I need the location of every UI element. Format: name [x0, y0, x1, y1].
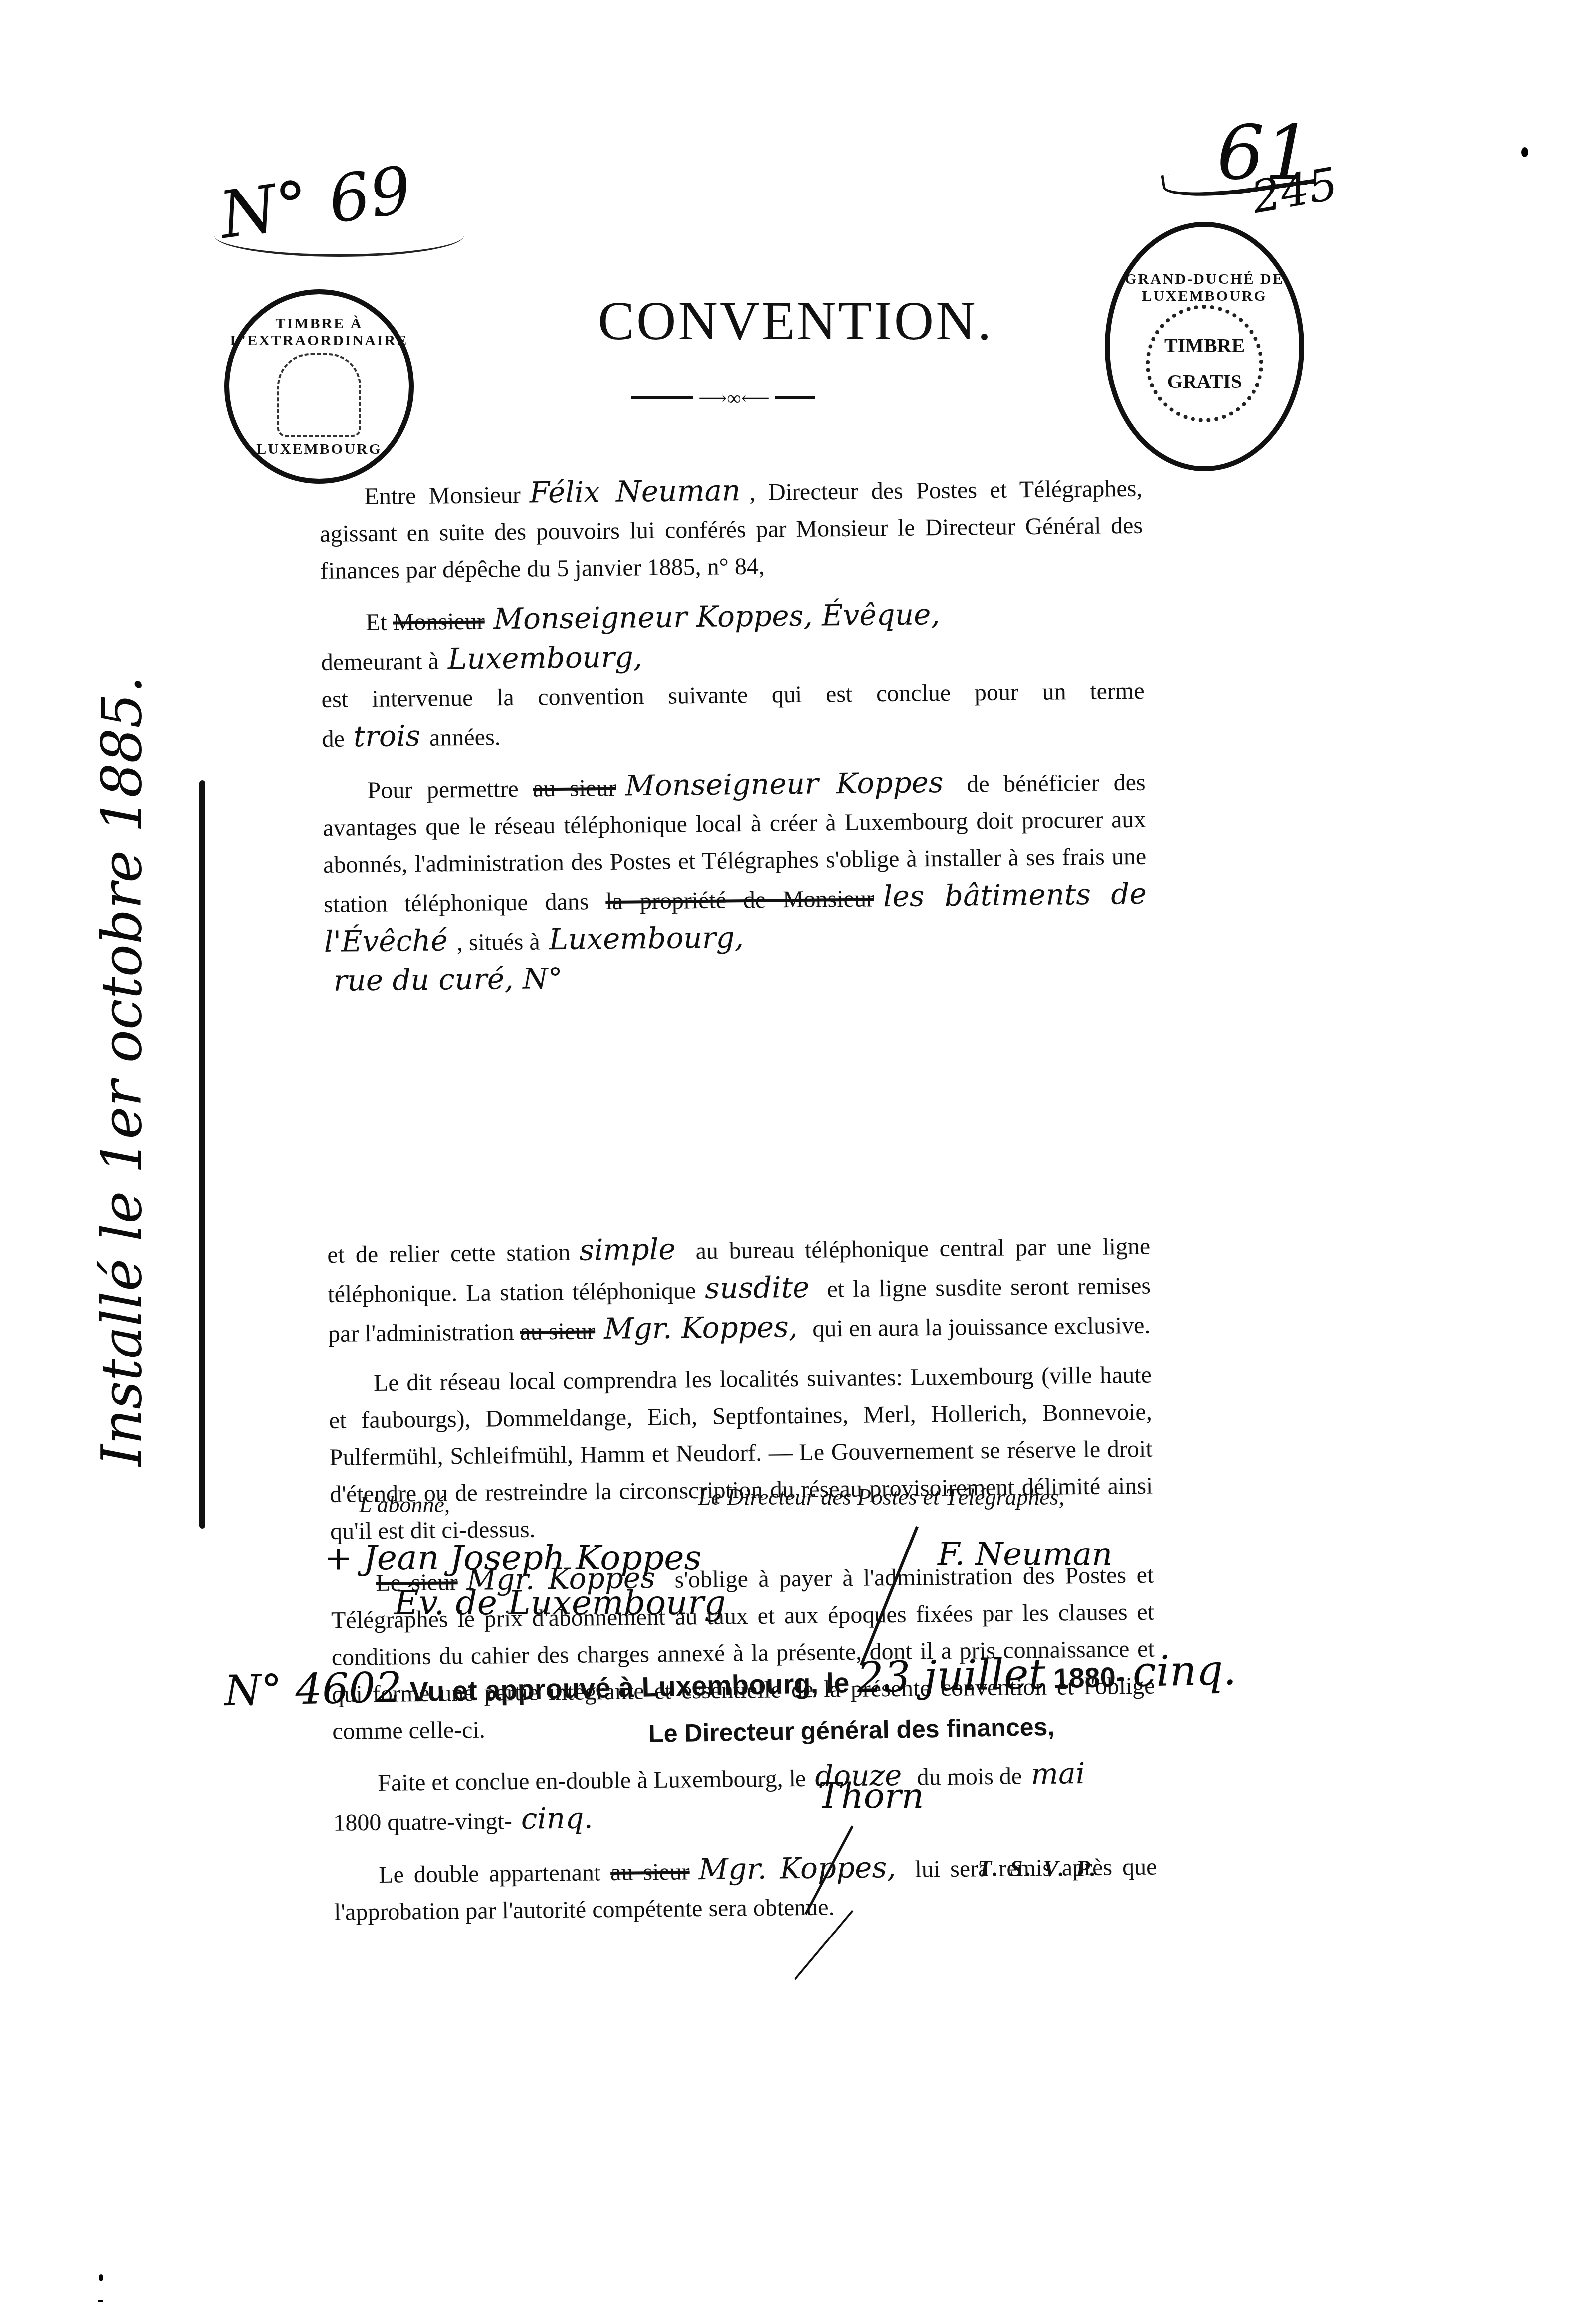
page-title: CONVENTION. — [0, 289, 1591, 353]
subscriber-signature: + Jean Joseph Koppes Év. de Luxembourg — [324, 1536, 726, 1626]
filled-station-ref: susdite — [696, 1270, 819, 1306]
filled-residence: Luxembourg, — [438, 640, 651, 676]
paragraph-connection: et de relier cette stationsimple au bure… — [327, 1226, 1151, 1353]
struck-text: au sieur — [610, 1858, 690, 1886]
approval-year: cinq. — [1132, 1645, 1237, 1696]
struck-text: la propriété de Monsieur — [605, 885, 874, 915]
stamp-inner-line2: GRATIS — [1167, 371, 1242, 392]
margin-note-installation: Installé le 1er octobre 1885. — [90, 676, 154, 1466]
filled-year: cinq. — [512, 1801, 602, 1836]
director-signature: F. Neuman — [938, 1536, 1112, 1573]
filled-term: trois — [344, 719, 429, 754]
filled-beneficiary: Monseigneur Koppes — [616, 766, 953, 803]
ink-dot — [1521, 147, 1528, 157]
paragraph-parties-director: Entre MonsieurFélix Neuman, Directeur de… — [319, 468, 1143, 589]
paragraph-date: Faite et conclue en-double à Luxembourg,… — [333, 1754, 1157, 1842]
filled-locality: Luxembourg, — [540, 920, 753, 956]
reference-swash-left — [214, 214, 464, 257]
subscriber-label: L'abonné, — [359, 1491, 450, 1518]
paragraph-installation: Pour permettre au sieurMonseigneur Koppe… — [322, 762, 1148, 1002]
struck-text: au sieur — [533, 775, 616, 802]
struck-text: Monsieur — [393, 608, 485, 636]
margin-mark — [99, 2274, 103, 2281]
director-label: Le Directeur des Postes et Télégraphes, — [698, 1484, 1064, 1510]
struck-text: au sieur — [520, 1318, 595, 1345]
approval-number: N° 4602 — [224, 1663, 402, 1715]
margin-mark — [98, 2300, 103, 2302]
filled-duplicate-holder: Mgr. Koppes, — [689, 1850, 905, 1887]
filled-station-type: simple — [570, 1232, 685, 1267]
blank-space — [325, 1006, 1150, 1234]
filled-month: mai — [1022, 1756, 1094, 1791]
document-page: N° 69 61 245 TIMBRE À L'EXTRAORDINAIRE L… — [0, 0, 1591, 2324]
director-general-signature: Thorn — [818, 1775, 924, 1816]
approval-date: 23 juillet — [857, 1649, 1046, 1702]
filled-recipient: Mgr. Koppes, — [595, 1310, 807, 1346]
filled-director-name: Félix Neuman — [520, 473, 749, 510]
margin-bar — [199, 780, 205, 1529]
divider-ornament-icon: ⟶∞⟵ — [693, 387, 775, 410]
stamp-bottom-text: LUXEMBOURG — [256, 441, 382, 458]
paragraph-parties-subscriber: Et MonsieurMonseigneur Koppes, Évêque, d… — [321, 594, 1145, 758]
seated-figure-seal-icon — [277, 353, 361, 437]
turn-over-note: T. S. V. P. — [978, 1855, 1099, 1882]
paragraph-network-localities: Le dit réseau local comprendra les local… — [329, 1357, 1154, 1550]
filled-subscriber-name: Monseigneur Koppes, Évêque, — [484, 597, 949, 636]
filled-street: rue du curé, N° — [324, 962, 572, 998]
